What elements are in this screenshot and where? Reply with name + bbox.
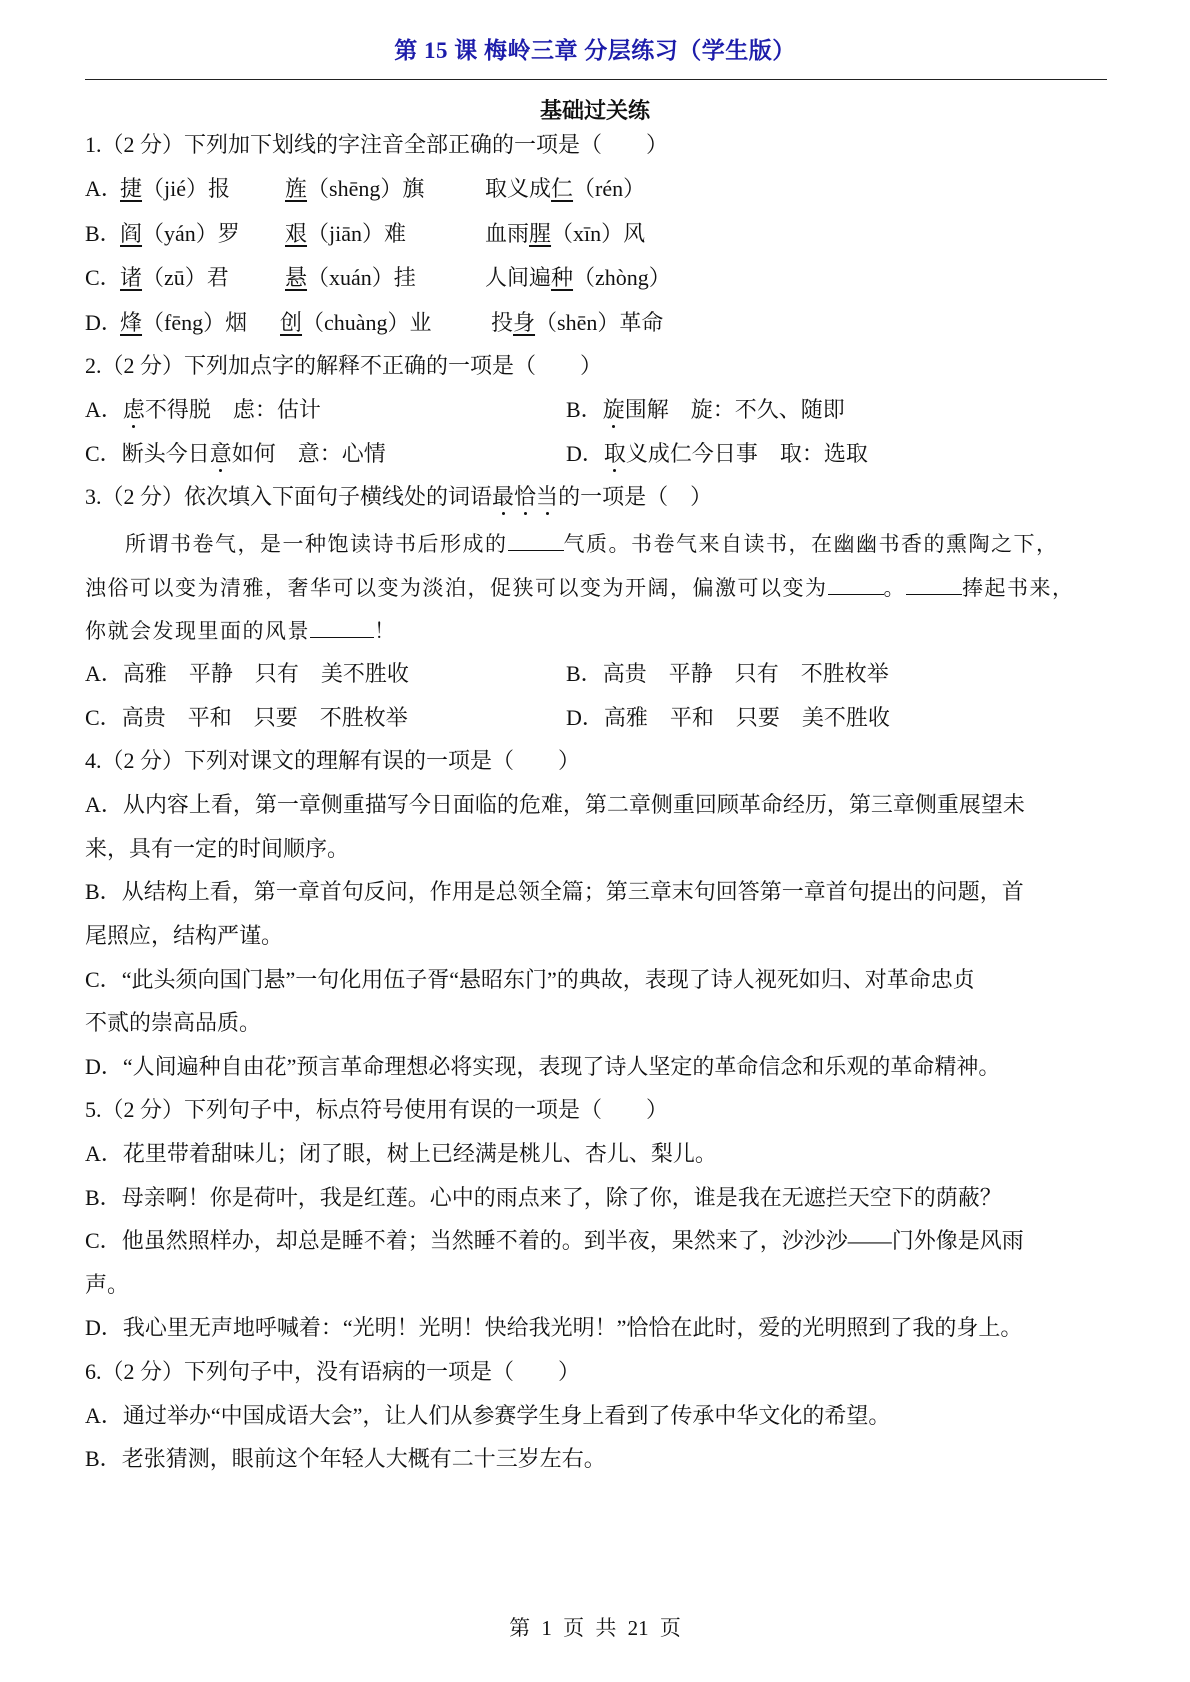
q4-option-b-line-2: 尾照应，结构严谨。 (85, 921, 283, 951)
q3-option-d: D．高雅 平和 只要 美不胜收 (566, 703, 890, 733)
header-divider (85, 79, 1107, 80)
q2-option-d: D．取义成仁今日事 取：选取 (566, 439, 868, 469)
q1-option-a: A． 捷（jié）报 旌（shēng）旗 取义成仁（rén） (85, 174, 1107, 204)
q5-option-a: A．花里带着甜味儿；闭了眼，树上已经满是桃儿、杏儿、梨儿。 (85, 1139, 717, 1169)
question-6-stem: 6.（2 分）下列句子中，没有语病的一项是（ ） (85, 1357, 580, 1387)
q5-option-c-line-1: C．他虽然照样办，却总是睡不着；当然睡不着的。到半夜，果然来了，沙沙沙——门外像… (85, 1226, 1024, 1256)
q5-option-b: B．母亲啊！你是荷叶，我是红莲。心中的雨点来了，除了你，谁是我在无遮拦天空下的荫… (85, 1183, 1002, 1213)
q4-option-a-line-1: A．从内容上看，第一章侧重描写今日面临的危难，第二章侧重回顾革命经历，第三章侧重… (85, 790, 1025, 820)
question-1-stem: 1.（2 分）下列加下划线的字注音全部正确的一项是（ ） (85, 130, 668, 160)
q1-option-d: D． 烽（fēng）烟 创（chuàng）业 投身（shēn）革命 (85, 308, 1107, 338)
q6-option-a: A．通过举办“中国成语大会”，让人们从参赛学生身上看到了传承中华文化的希望。 (85, 1401, 890, 1431)
fill-blank-2 (828, 574, 884, 595)
q3-passage-line-3: 你就会发现里面的风景！ (85, 616, 397, 646)
option-label: D． (85, 310, 123, 335)
option-label: A． (85, 176, 123, 201)
q4-option-c-line-1: C．“此头须向国门悬”一句化用伍子胥“悬昭东门”的典故，表现了诗人视死如归、对革… (85, 965, 975, 995)
section-heading: 基础过关练 (0, 94, 1190, 125)
page-number: 第 1 页 共 21 页 (0, 1612, 1190, 1642)
q3-option-a: A．高雅 平静 只有 美不胜收 (85, 661, 409, 686)
q2-option-a: A．虑不得脱 虑：估计 (85, 397, 321, 422)
fill-blank-1 (508, 530, 564, 551)
q3-option-c: C．高贵 平和 只要 不胜枚举 (85, 705, 408, 730)
q5-option-c-line-2: 声。 (85, 1270, 129, 1300)
document-title: 第 15 课 梅岭三章 分层练习（学生版） (0, 32, 1190, 65)
q5-option-d: D．我心里无声地呼喊着：“光明！光明！快给我光明！”恰恰在此时，爱的光明照到了我… (85, 1313, 1022, 1343)
q3-option-b: B．高贵 平静 只有 不胜枚举 (566, 659, 889, 689)
question-3-stem: 3.（2 分）依次填入下面句子横线处的词语最恰当的一项是（ ） (85, 482, 712, 512)
q2-option-c: C．断头今日意如何 意：心情 (85, 441, 386, 466)
option-label: C． (85, 265, 122, 290)
q3-options-row-1: A．高雅 平静 只有 美不胜收 B．高贵 平静 只有 不胜枚举 (85, 659, 1107, 689)
q4-option-a-line-2: 来，具有一定的时间顺序。 (85, 834, 349, 864)
q4-option-c-line-2: 不贰的崇高品质。 (85, 1008, 261, 1038)
q6-option-b: B．老张猜测，眼前这个年轻人大概有二十三岁左右。 (85, 1444, 606, 1474)
q4-option-b-line-1: B．从结构上看，第一章首句反问，作用是总领全篇；第三章末句回答第一章首句提出的问… (85, 877, 1024, 907)
q2-options-row-1: A．虑不得脱 虑：估计 B．旋围解 旋：不久、随即 (85, 395, 1107, 425)
q3-passage-line-1: 所谓书卷气，是一种饱读诗书后形成的气质。书卷气来自读书，在幽幽书香的熏陶之下， (125, 529, 1059, 559)
question-2-stem: 2.（2 分）下列加点字的解释不正确的一项是（ ） (85, 351, 602, 381)
q3-passage-line-2: 浊俗可以变为清雅，奢华可以变为淡泊，促狭可以变为开阔，偏激可以变为。捧起书来， (85, 573, 1075, 603)
fill-blank-4 (310, 617, 374, 638)
q2-options-row-2: C．断头今日意如何 意：心情 D．取义成仁今日事 取：选取 (85, 439, 1107, 469)
q1-option-c: C． 诸（zū）君 悬（xuán）挂 人间遍种（zhòng） (85, 263, 1107, 293)
q3-options-row-2: C．高贵 平和 只要 不胜枚举 D．高雅 平和 只要 美不胜收 (85, 703, 1107, 733)
q4-option-d: D．“人间遍种自由花”预言革命理想必将实现，表现了诗人坚定的革命信念和乐观的革命… (85, 1052, 1000, 1082)
question-5-stem: 5.（2 分）下列句子中，标点符号使用有误的一项是（ ） (85, 1095, 668, 1125)
q1-option-b: B． 阎（yán）罗 艰（jiān）难 血雨腥（xīn）风 (85, 219, 1107, 249)
option-label: B． (85, 221, 122, 246)
fill-blank-3 (906, 574, 962, 595)
q2-option-b: B．旋围解 旋：不久、随即 (566, 395, 845, 425)
question-4-stem: 4.（2 分）下列对课文的理解有误的一项是（ ） (85, 746, 580, 776)
